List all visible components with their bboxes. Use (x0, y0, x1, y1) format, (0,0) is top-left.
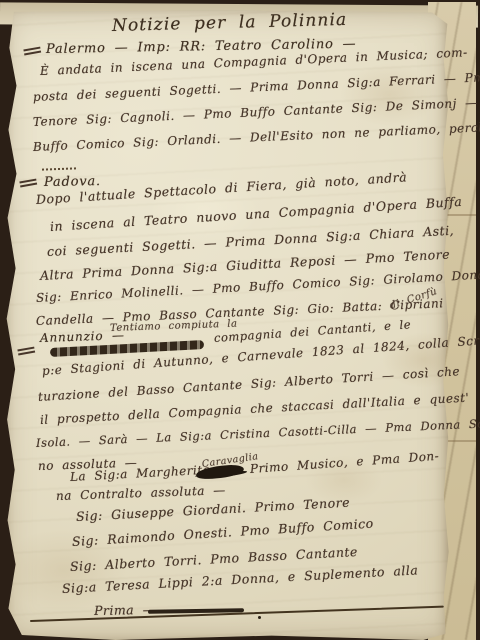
ink-dot (258, 616, 261, 619)
manuscript-title: Notizie per la Polinnia (112, 10, 348, 36)
manuscript-text-layer: Notizie per la PolinniaPalermo — Imp: RR… (0, 0, 480, 640)
photo-stage: Notizie per la PolinniaPalermo — Imp: RR… (0, 0, 480, 640)
manuscript-line: na Contralto assoluta — (56, 483, 226, 503)
manuscript-line: Primo Musico, e Pma Don- (250, 449, 440, 476)
